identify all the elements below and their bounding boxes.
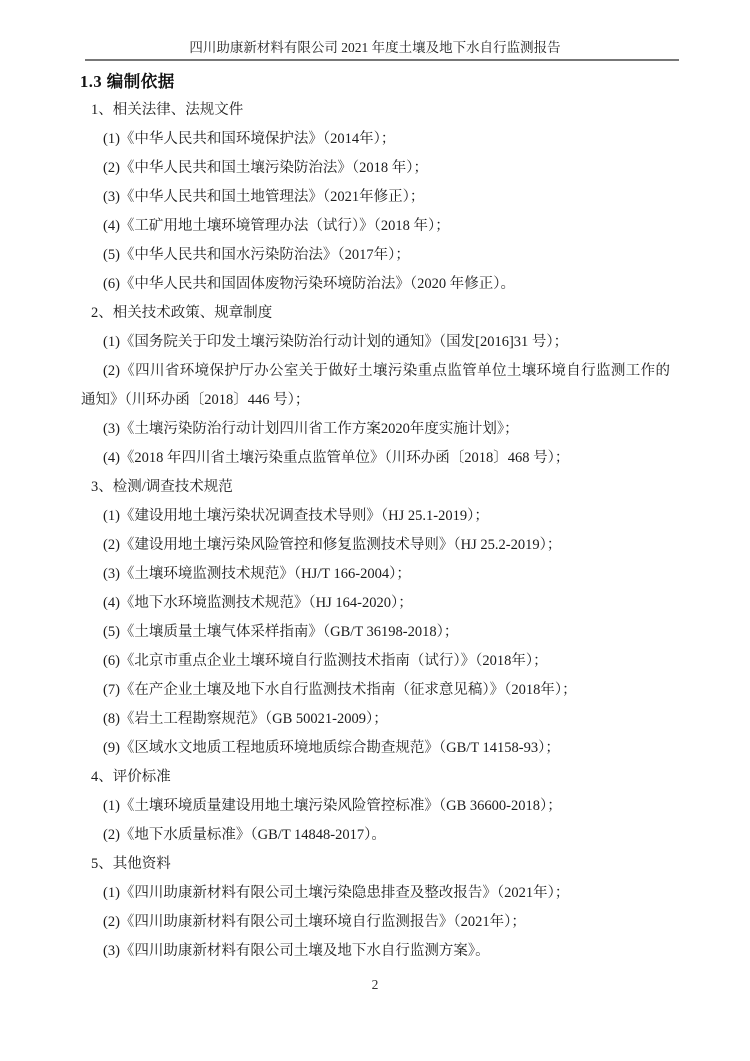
list-item: (9)《区域水文地质工程地质环境地质综合勘查规范》（GB/T 14158-93）…	[81, 734, 670, 763]
list-item: (4)《地下水环境监测技术规范》（HJ 164-2020）；	[81, 589, 670, 618]
list-item: (7)《在产企业土壤及地下水自行监测技术指南（征求意见稿）》（2018年）；	[81, 676, 670, 705]
list-item: (2)《地下水质量标准》（GB/T 14848-2017）。	[81, 821, 670, 850]
list-item: (4)《工矿用地土壤环境管理办法（试行）》（2018 年）；	[81, 212, 670, 241]
list-item: (1)《土壤环境质量建设用地土壤污染风险管控标准》（GB 36600-2018）…	[81, 792, 670, 821]
list-item: (3)《中华人民共和国土地管理法》（2021年修正）；	[81, 183, 670, 212]
list-item: (5)《土壤质量土壤气体采样指南》（GB/T 36198-2018）；	[81, 618, 670, 647]
list-item: (2)《四川助康新材料有限公司土壤环境自行监测报告》（2021年）；	[81, 908, 670, 937]
list-item: (3)《土壤污染防治行动计划四川省工作方案2020年度实施计划》；	[81, 415, 670, 444]
section-label: 1、相关法律、法规文件	[81, 96, 670, 125]
list-item: (2)《建设用地土壤污染风险管控和修复监测技术导则》（HJ 25.2-2019）…	[81, 531, 670, 560]
list-item: (3)《土壤环境监测技术规范》（HJ/T 166-2004）；	[81, 560, 670, 589]
section-label: 4、评价标准	[81, 763, 670, 792]
list-item: (2)《四川省环境保护厅办公室关于做好土壤污染重点监管单位土壤环境自行监测工作的…	[81, 357, 670, 415]
list-item: (4)《2018 年四川省土壤污染重点监管单位》（川环办函〔2018〕468 号…	[81, 444, 670, 473]
section-label: 3、检测/调查技术规范	[81, 473, 670, 502]
list-item: (1)《国务院关于印发土壤污染防治行动计划的通知》（国发[2016]31 号）；	[81, 328, 670, 357]
list-item: (8)《岩土工程勘察规范》（GB 50021-2009）；	[81, 705, 670, 734]
header-divider	[85, 59, 679, 61]
page-header: 四川助康新材料有限公司 2021 年度土壤及地下水自行监测报告	[0, 40, 750, 56]
list-item: (1)《建设用地土壤污染状况调查技术导则》（HJ 25.1-2019）；	[81, 502, 670, 531]
list-item: (1)《四川助康新材料有限公司土壤污染隐患排查及整改报告》（2021年）；	[81, 879, 670, 908]
list-item: (5)《中华人民共和国水污染防治法》（2017年）；	[81, 241, 670, 270]
document-page: 四川助康新材料有限公司 2021 年度土壤及地下水自行监测报告 1.3 编制依据…	[0, 0, 750, 1061]
section-label: 5、其他资料	[81, 850, 670, 879]
list-item: (3)《四川助康新材料有限公司土壤及地下水自行监测方案》。	[81, 937, 670, 966]
section-label: 2、相关技术政策、规章制度	[81, 299, 670, 328]
section-title: 1.3 编制依据	[80, 68, 175, 92]
list-item: (2)《中华人民共和国土壤污染防治法》（2018 年）；	[81, 154, 670, 183]
page-number: 2	[0, 977, 750, 993]
document-content: 1、相关法律、法规文件(1)《中华人民共和国环境保护法》（2014年）；(2)《…	[81, 96, 670, 966]
list-item: (6)《北京市重点企业土壤环境自行监测技术指南（试行）》（2018年）；	[81, 647, 670, 676]
list-item: (6)《中华人民共和国固体废物污染环境防治法》（2020 年修正）。	[81, 270, 670, 299]
list-item: (1)《中华人民共和国环境保护法》（2014年）；	[81, 125, 670, 154]
